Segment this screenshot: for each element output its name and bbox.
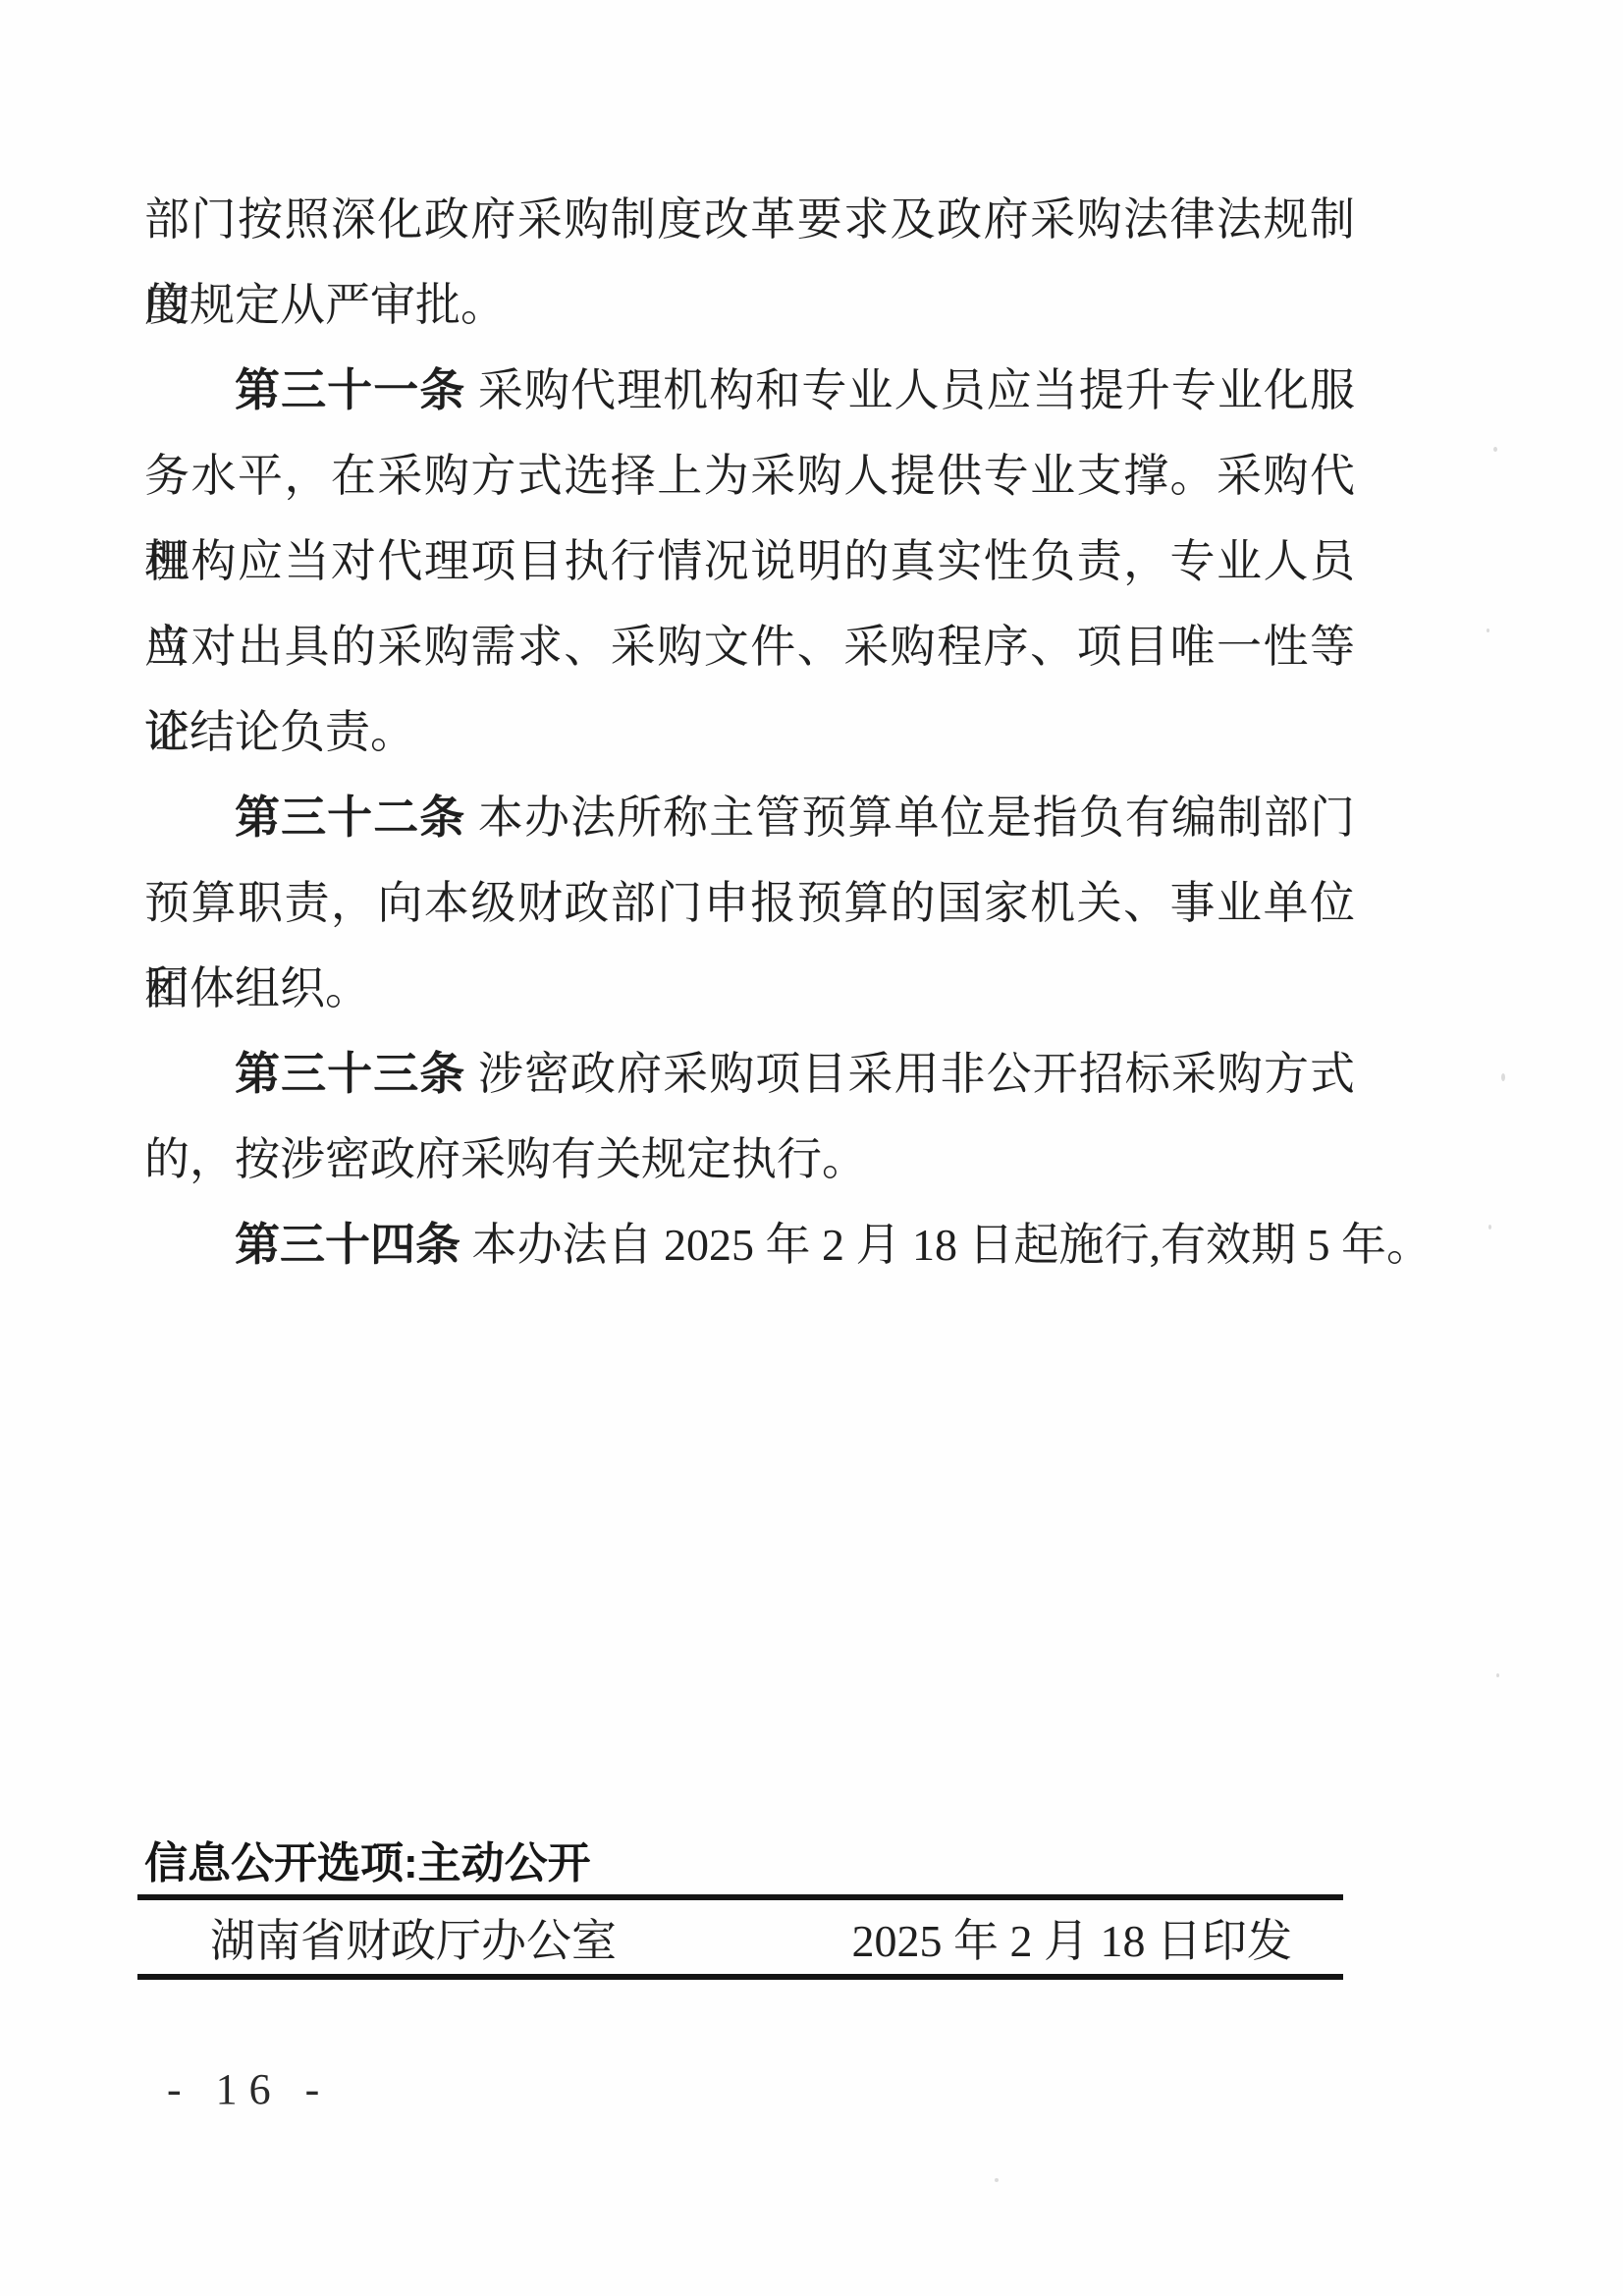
article-number: 第三十四条: [235, 1220, 460, 1270]
scan-speck: [1488, 1225, 1491, 1230]
print-date: 2025 年 2 月 18 日印发: [852, 1905, 1293, 1970]
body-text: 的规定从严审批。: [144, 280, 506, 330]
scan-speck: [1496, 1673, 1499, 1677]
scan-speck: [1501, 1073, 1505, 1081]
body-line: 第三十四条 本办法自 2025 年 2 月 18 日起施行,有效期 5 年。: [144, 1202, 1355, 1287]
body-line: 当对出具的采购需求、采购文件、采购程序、项目唯一性等论: [144, 604, 1355, 689]
footer-rule-bottom: [137, 1974, 1343, 1980]
body-text: 本办法自 2025 年 2 月 18 日起施行,有效期 5 年。: [460, 1220, 1432, 1270]
body-text: 本办法所称主管预算单位是指负有编制部门: [465, 793, 1355, 843]
issuer-name: 湖南省财政厅办公室: [210, 1905, 617, 1970]
disclosure-label: 信息公开选项:主动公开: [144, 1838, 591, 1889]
body-line: 预算职责，向本级财政部门申报预算的国家机关、事业单位和: [144, 860, 1355, 946]
body-line: 的规定从严审批。: [144, 262, 1355, 348]
body-line: 第三十二条 本办法所称主管预算单位是指负有编制部门: [144, 775, 1355, 860]
scan-speck: [995, 2178, 999, 2182]
body-text: 采购代理机构和专业人员应当提升专业化服: [465, 365, 1355, 415]
article-number: 第三十三条: [235, 1049, 465, 1099]
document-page: 部门按照深化政府采购制度改革要求及政府采购法律法规制度的规定从严审批。第三十一条…: [0, 0, 1623, 2296]
scan-speck: [1493, 447, 1497, 452]
footer-rule-top: [137, 1894, 1343, 1900]
scan-speck: [1487, 629, 1489, 632]
footer-issuer-row: 湖南省财政厅办公室 2025 年 2 月 18 日印发: [137, 1906, 1343, 1969]
body-text: 证结论负责。: [144, 707, 415, 757]
body-text: 的，按涉密政府采购有关规定执行。: [144, 1134, 867, 1184]
body-line: 务水平，在采购方式选择上为采购人提供专业支撑。采购代理: [144, 433, 1355, 519]
body-line: 的，按涉密政府采购有关规定执行。: [144, 1117, 1355, 1202]
article-number: 第三十二条: [235, 793, 465, 843]
body-text: 涉密政府采购项目采用非公开招标采购方式: [465, 1049, 1355, 1099]
body-line: 团体组织。: [144, 946, 1355, 1031]
body-line: 第三十三条 涉密政府采购项目采用非公开招标采购方式: [144, 1031, 1355, 1117]
article-number: 第三十一条: [235, 365, 465, 415]
page-number: - 16 -: [167, 2064, 331, 2114]
body-line: 第三十一条 采购代理机构和专业人员应当提升专业化服: [144, 348, 1355, 433]
body-line: 机构应当对代理项目执行情况说明的真实性负责，专业人员应: [144, 519, 1355, 604]
body-line: 证结论负责。: [144, 689, 1355, 775]
body-text: 团体组织。: [144, 963, 370, 1013]
body-line: 部门按照深化政府采购制度改革要求及政府采购法律法规制度: [144, 177, 1355, 262]
document-body: 部门按照深化政府采购制度改革要求及政府采购法律法规制度的规定从严审批。第三十一条…: [144, 177, 1355, 1287]
